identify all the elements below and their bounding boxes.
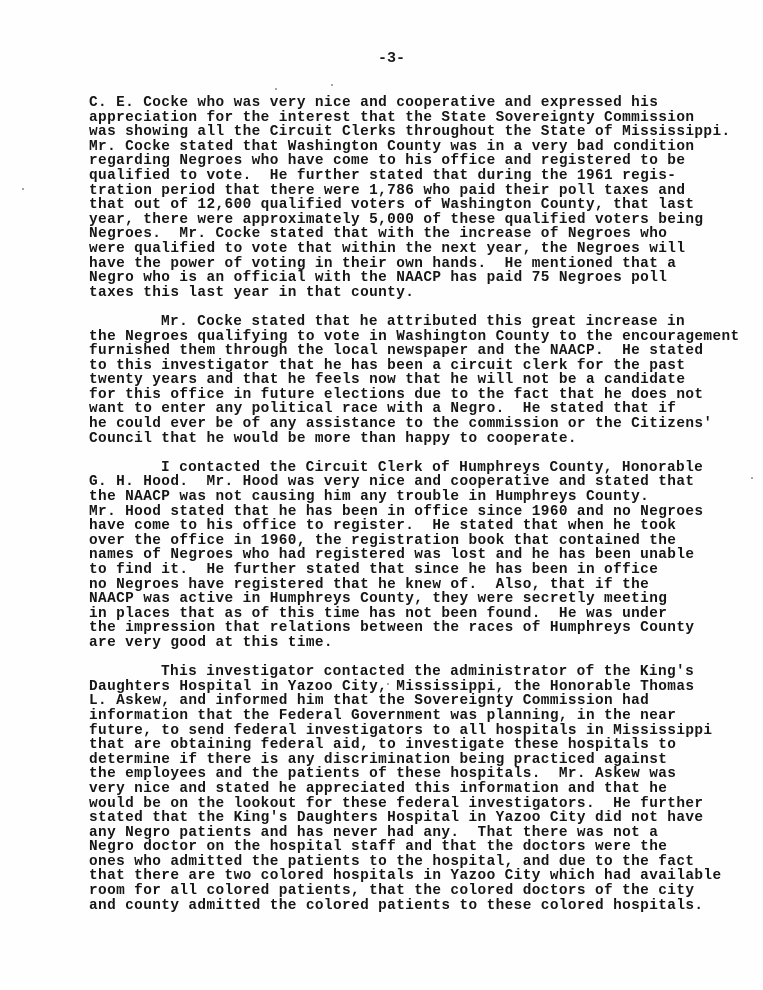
- document-body: C. E. Cocke who was very nice and cooper…: [89, 96, 759, 913]
- scan-speck: [751, 477, 753, 479]
- text-line: determine if there is any discrimination…: [89, 753, 759, 768]
- text-line: G. H. Hood. Mr. Hood was very nice and c…: [89, 475, 759, 490]
- text-line: were qualified to vote that within the n…: [89, 242, 759, 257]
- text-line: ones who admitted the patients to the ho…: [89, 855, 759, 870]
- text-line: information that the Federal Government …: [89, 709, 759, 724]
- text-line: very nice and stated he appreciated this…: [89, 782, 759, 797]
- text-line: C. E. Cocke who was very nice and cooper…: [89, 96, 759, 111]
- text-line: I contacted the Circuit Clerk of Humphre…: [89, 461, 759, 476]
- document-page: -3- C. E. Cocke who was very nice and co…: [0, 0, 763, 990]
- text-line: for this office in future elections due …: [89, 388, 759, 403]
- text-line: year, there were approximately 5,000 of …: [89, 213, 759, 228]
- paragraph-3: I contacted the Circuit Clerk of Humphre…: [89, 461, 759, 651]
- text-line: future, to send federal investigators to…: [89, 724, 759, 739]
- page-number: -3-: [0, 50, 763, 67]
- text-line: that are obtaining federal aid, to inves…: [89, 738, 759, 753]
- text-line: the NAACP was not causing him any troubl…: [89, 490, 759, 505]
- text-line: have the power of voting in their own ha…: [89, 257, 759, 272]
- text-line: Negro who is an official with the NAACP …: [89, 271, 759, 286]
- text-line: to find it. He further stated that since…: [89, 563, 759, 578]
- text-line: appreciation for the interest that the S…: [89, 111, 759, 126]
- text-line: in places that as of this time has not b…: [89, 607, 759, 622]
- paragraph-2: Mr. Cocke stated that he attributed this…: [89, 315, 759, 446]
- text-line: over the office in 1960, the registratio…: [89, 534, 759, 549]
- text-line: are very good at this time.: [89, 636, 759, 651]
- text-line: stated that the King's Daughters Hospita…: [89, 811, 759, 826]
- scan-speck: [275, 88, 277, 90]
- text-line: no Negroes have registered that he knew …: [89, 578, 759, 593]
- text-line: Council that he would be more than happy…: [89, 432, 759, 447]
- text-line: Daughters Hospital in Yazoo City, Missis…: [89, 680, 759, 695]
- text-line: want to enter any political race with a …: [89, 402, 759, 417]
- text-line: NAACP was active in Humphreys County, th…: [89, 592, 759, 607]
- text-line: L. Askew, and informed him that the Sove…: [89, 694, 759, 709]
- text-line: have come to his office to register. He …: [89, 519, 759, 534]
- scan-speck: [22, 188, 24, 190]
- scan-speck: [387, 683, 389, 685]
- text-line: This investigator contacted the administ…: [89, 665, 759, 680]
- text-line: room for all colored patients, that the …: [89, 884, 759, 899]
- text-line: Negroes. Mr. Cocke stated that with the …: [89, 227, 759, 242]
- scan-speck: [331, 84, 333, 86]
- text-line: any Negro patients and has never had any…: [89, 826, 759, 841]
- text-line: furnished them through the local newspap…: [89, 344, 759, 359]
- text-line: was showing all the Circuit Clerks throu…: [89, 125, 759, 140]
- text-line: regarding Negroes who have come to his o…: [89, 154, 759, 169]
- text-line: that there are two colored hospitals in …: [89, 869, 759, 884]
- text-line: twenty years and that he feels now that …: [89, 373, 759, 388]
- text-line: he could ever be of any assistance to th…: [89, 417, 759, 432]
- text-line: the employees and the patients of these …: [89, 767, 759, 782]
- text-line: would be on the lookout for these federa…: [89, 797, 759, 812]
- text-line: Negro doctor on the hospital staff and t…: [89, 840, 759, 855]
- text-line: that out of 12,600 qualified voters of W…: [89, 198, 759, 213]
- text-line: tration period that there were 1,786 who…: [89, 184, 759, 199]
- text-line: qualified to vote. He further stated tha…: [89, 169, 759, 184]
- text-line: Mr. Hood stated that he has been in offi…: [89, 505, 759, 520]
- text-line: names of Negroes who had registered was …: [89, 548, 759, 563]
- text-line: and county admitted the colored patients…: [89, 899, 759, 914]
- paragraph-4: This investigator contacted the administ…: [89, 665, 759, 913]
- text-line: Mr. Cocke stated that Washington County …: [89, 140, 759, 155]
- text-line: taxes this last year in that county.: [89, 286, 759, 301]
- text-line: the impression that relations between th…: [89, 621, 759, 636]
- text-line: the Negroes qualifying to vote in Washin…: [89, 330, 759, 345]
- text-line: to this investigator that he has been a …: [89, 359, 759, 374]
- paragraph-1: C. E. Cocke who was very nice and cooper…: [89, 96, 759, 300]
- text-line: Mr. Cocke stated that he attributed this…: [89, 315, 759, 330]
